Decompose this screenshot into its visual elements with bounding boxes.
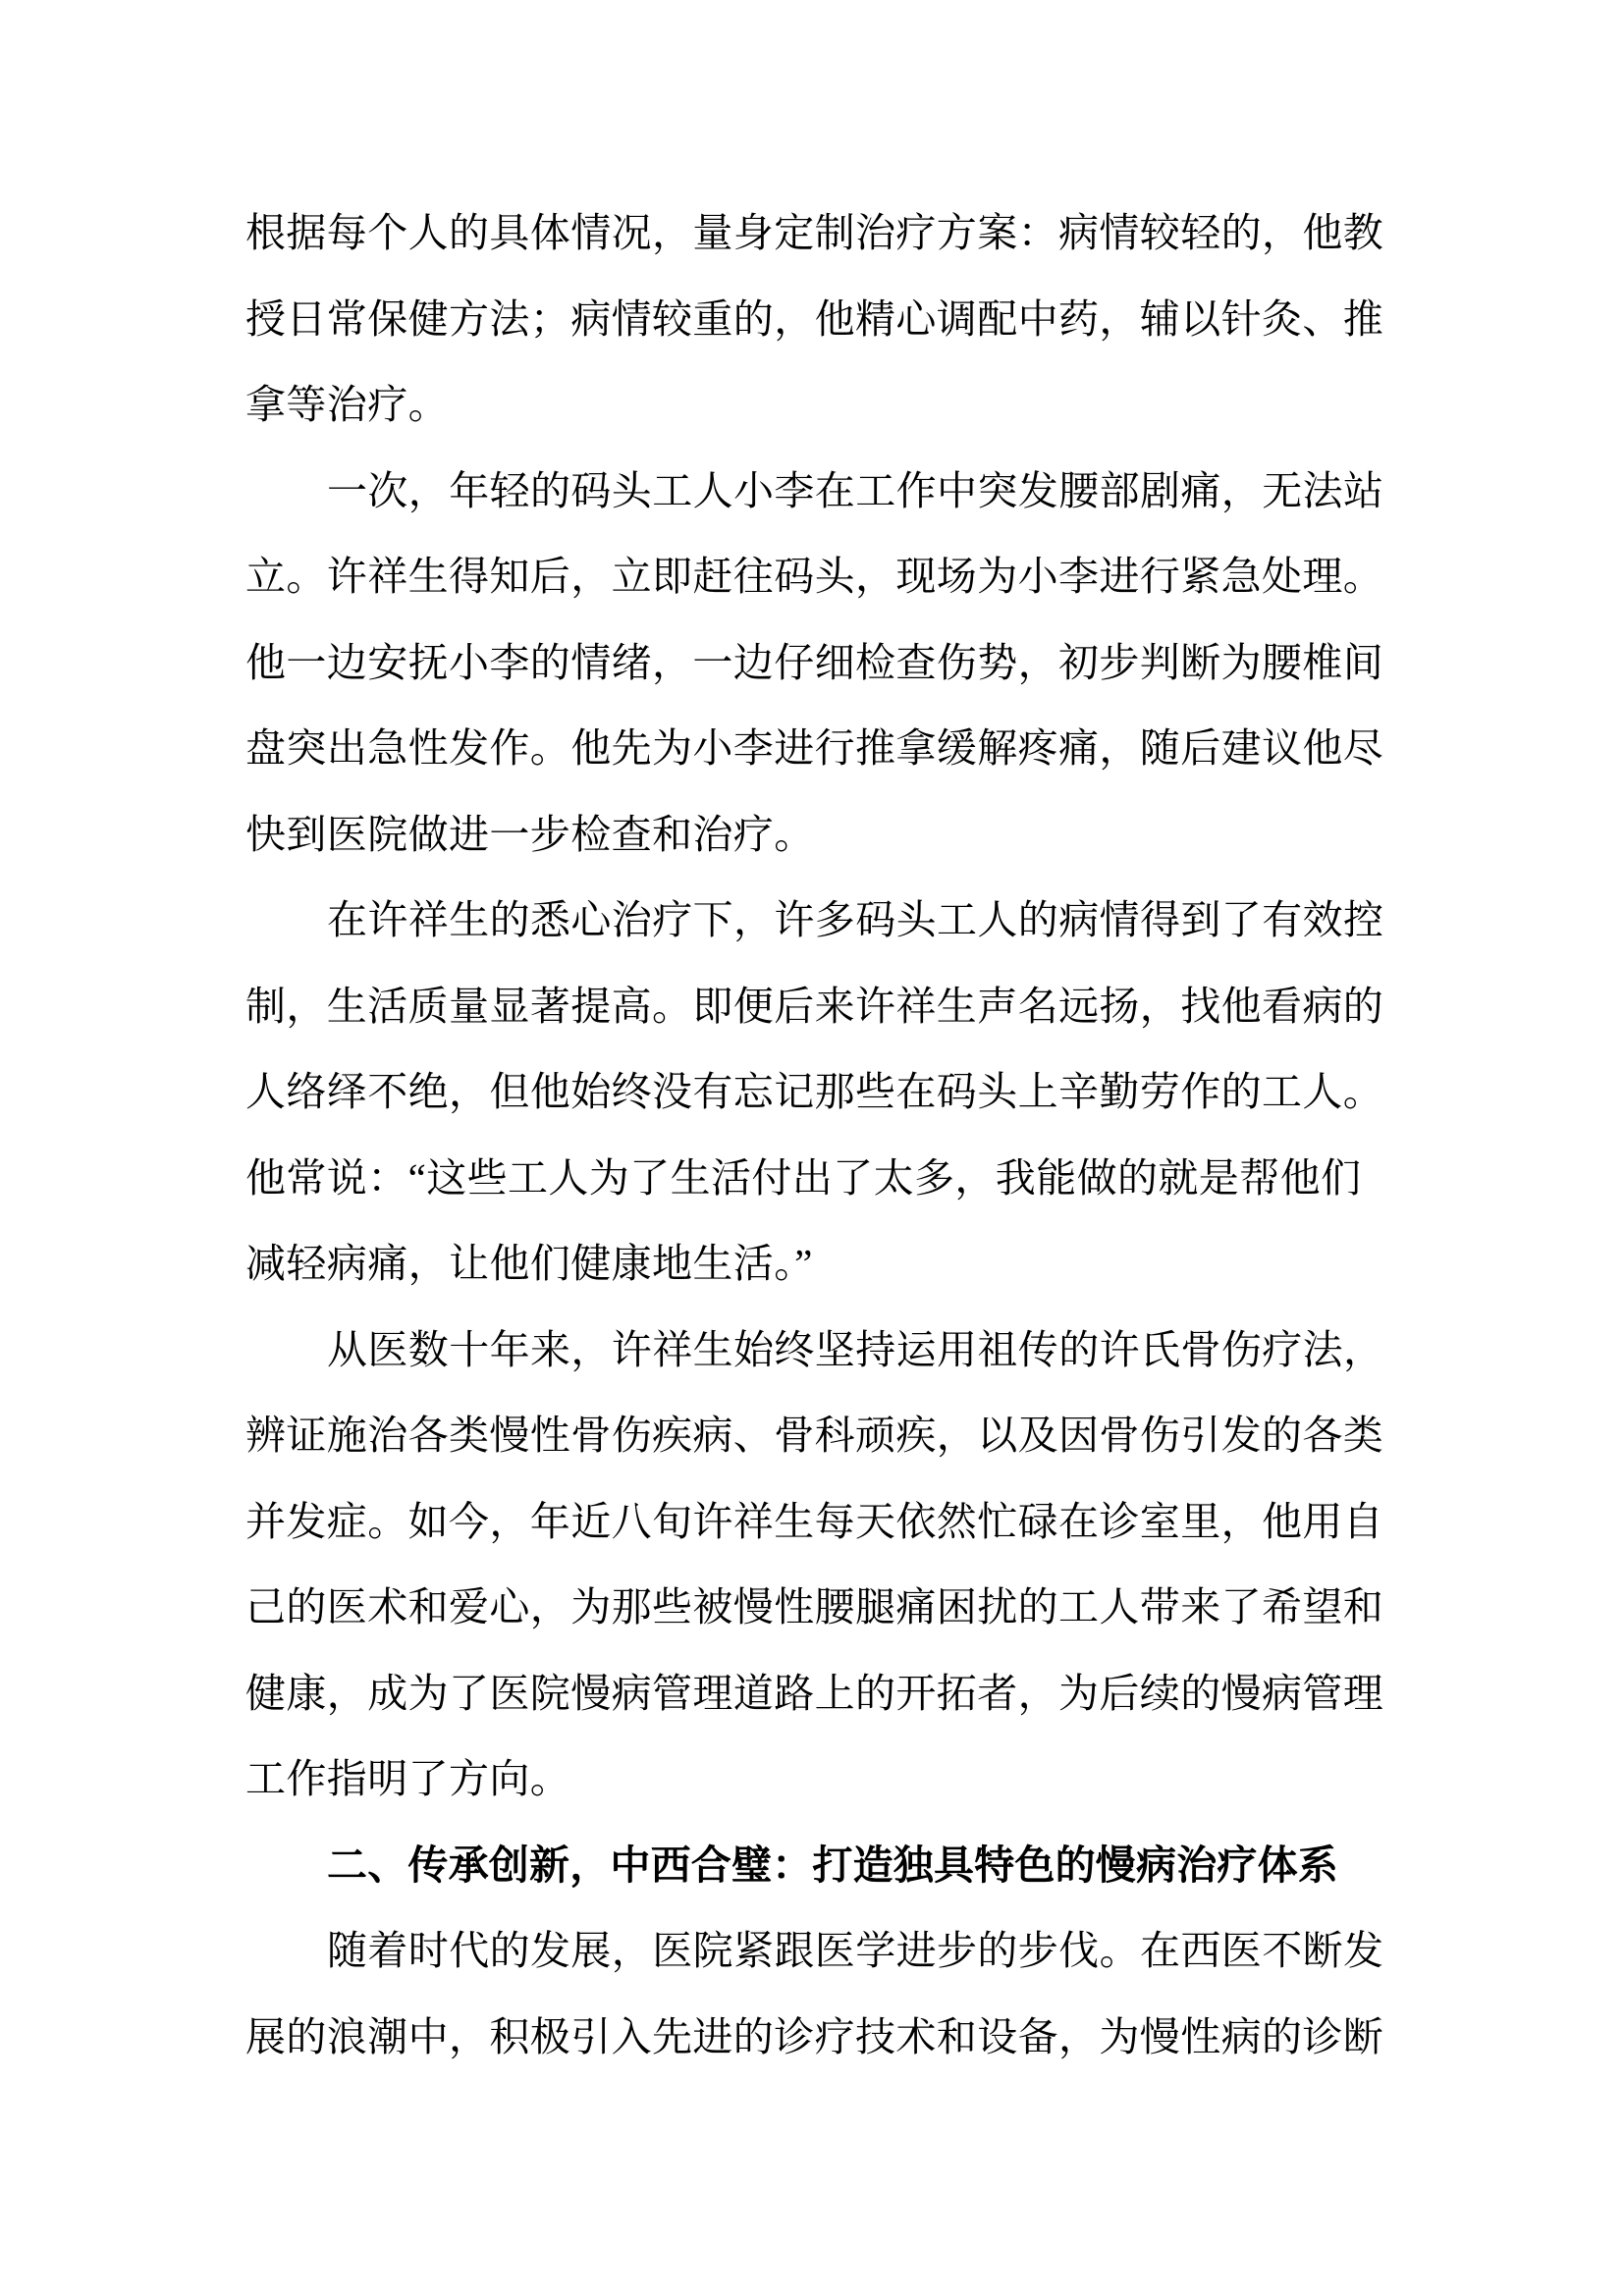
text-line: 从医数十年来，许祥生始终坚持运用祖传的许氏骨伤疗法， [245,1308,1394,1394]
text-line: 在许祥生的悉心治疗下，许多码头工人的病情得到了有效控 [245,878,1394,964]
text-line: 拿等治疗。 [245,362,1394,449]
text-line: 随着时代的发展，医院紧跟医学进步的步伐。在西医不断发 [245,1908,1394,1995]
text-line: 并发症。如今，年近八旬许祥生每天依然忙碌在诊室里，他用自 [245,1479,1394,1566]
text-line: 一次，年轻的码头工人小李在工作中突发腰部剧痛，无法站 [245,449,1394,535]
text-line: 制，生活质量显著提高。即便后来许祥生声名远扬，找他看病的 [245,964,1394,1050]
text-line: 己的医术和爱心，为那些被慢性腰腿痛困扰的工人带来了希望和 [245,1565,1394,1651]
paragraph-2: 一次，年轻的码头工人小李在工作中突发腰部剧痛，无法站 立。许祥生得知后，立即赶往… [245,449,1394,879]
paragraph-5: 随着时代的发展，医院紧跟医学进步的步伐。在西医不断发 展的浪潮中，积极引入先进的… [245,1908,1394,2080]
paragraph-4: 从医数十年来，许祥生始终坚持运用祖传的许氏骨伤疗法， 辨证施治各类慢性骨伤疾病、… [245,1308,1394,1823]
paragraph-1: 根据每个人的具体情况，量身定制治疗方案：病情较轻的，他教 授日常保健方法；病情较… [245,190,1394,449]
heading-line: 二、传承创新，中西合璧：打造独具特色的慢病治疗体系 [245,1823,1394,1909]
text-line: 健康，成为了医院慢病管理道路上的开拓者，为后续的慢病管理 [245,1651,1394,1737]
text-line: 立。许祥生得知后，立即赶往码头，现场为小李进行紧急处理。 [245,534,1394,620]
text-line: 工作指明了方向。 [245,1736,1394,1823]
text-line: 快到医院做进一步检查和治疗。 [245,792,1394,879]
text-block: 根据每个人的具体情况，量身定制治疗方案：病情较轻的，他教 授日常保健方法；病情较… [245,190,1394,2080]
text-line: 人络绎不绝，但他始终没有忘记那些在码头上辛勤劳作的工人。 [245,1049,1394,1136]
text-line: 授日常保健方法；病情较重的，他精心调配中药，辅以针灸、推 [245,277,1394,363]
text-line: 减轻病痛，让他们健康地生活。” [245,1221,1394,1308]
text-line: 他常说：“这些工人为了生活付出了太多，我能做的就是帮他们 [245,1136,1394,1222]
document-page: 根据每个人的具体情况，量身定制治疗方案：病情较轻的，他教 授日常保健方法；病情较… [0,0,1624,2296]
text-line: 根据每个人的具体情况，量身定制治疗方案：病情较轻的，他教 [245,190,1394,277]
text-line: 展的浪潮中，积极引入先进的诊疗技术和设备，为慢性病的诊断 [245,1995,1394,2081]
section-heading: 二、传承创新，中西合璧：打造独具特色的慢病治疗体系 [245,1823,1394,1909]
text-line: 辨证施治各类慢性骨伤疾病、骨科顽疾，以及因骨伤引发的各类 [245,1393,1394,1479]
text-line: 盘突出急性发作。他先为小李进行推拿缓解疼痛，随后建议他尽 [245,706,1394,792]
paragraph-3: 在许祥生的悉心治疗下，许多码头工人的病情得到了有效控 制，生活质量显著提高。即便… [245,878,1394,1308]
text-line: 他一边安抚小李的情绪，一边仔细检查伤势，初步判断为腰椎间 [245,620,1394,707]
